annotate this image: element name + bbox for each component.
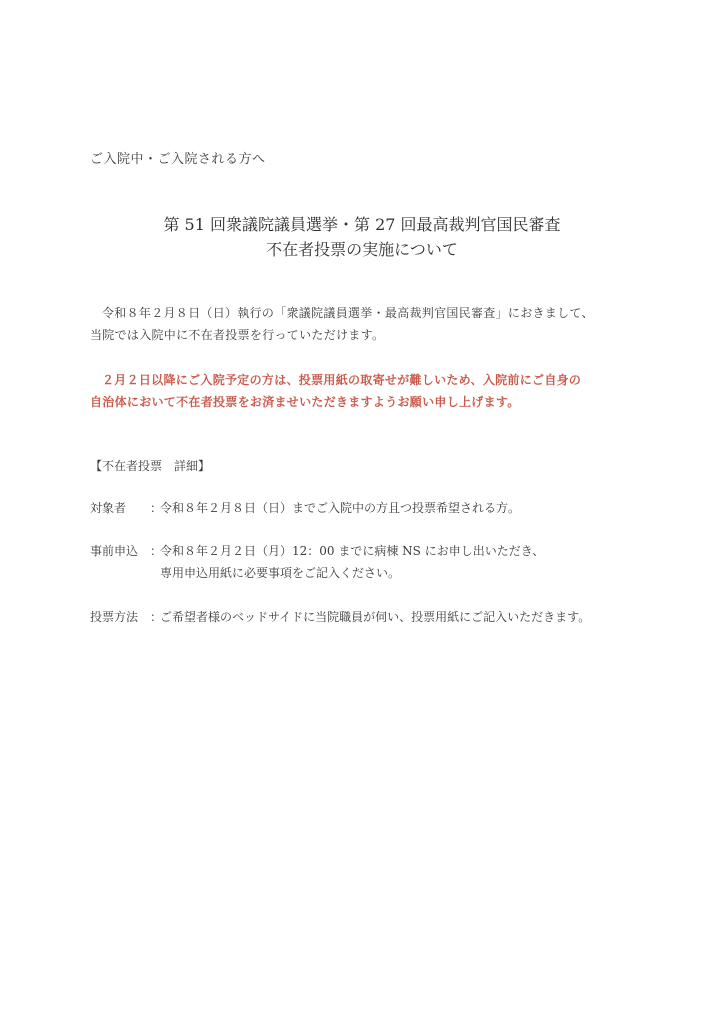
notice-line-1: ２月２日以降にご入院予定の方は、投票用紙の取寄せが難しいため、入院前にご自身の (90, 369, 650, 391)
intro-paragraph: 令和８年２月８日（日）執行の「衆議院議員選挙・最高裁判官国民審査」におきまして、… (90, 302, 650, 346)
notice-paragraph: ２月２日以降にご入院予定の方は、投票用紙の取寄せが難しいため、入院前にご自身の … (90, 369, 650, 413)
title-line-1: 第 51 回衆議院議員選挙・第 27 回最高裁判官国民審査 (0, 212, 724, 237)
detail-value: 令和８年２月８日（日）までご入院中の方且つ投票希望される方。 (160, 497, 640, 519)
colon: ： (150, 497, 160, 519)
notice-line-2: 自治体において不在者投票をお済ませいただきますようお願い申し上げます。 (90, 391, 650, 413)
detail-row-method: 投票方法 ： ご希望者様のベッドサイドに当院職員が伺い、投票用紙にご記入いただき… (90, 606, 640, 628)
details-heading: 【不在者投票 詳細】 (90, 457, 210, 474)
detail-value-line-2: 専用申込用紙に必要事項をご記入ください。 (160, 562, 640, 584)
detail-row-target: 対象者 ： 令和８年２月８日（日）までご入院中の方且つ投票希望される方。 (90, 497, 640, 519)
intro-line-1: 令和８年２月８日（日）執行の「衆議院議員選挙・最高裁判官国民審査」におきまして、 (90, 302, 650, 324)
addressee: ご入院中・ご入院される方へ (90, 148, 266, 167)
document-title: 第 51 回衆議院議員選挙・第 27 回最高裁判官国民審査 不在者投票の実施につ… (0, 212, 724, 262)
detail-row-application: 事前申込 ： 令和８年２月２日（月）12：00 までに病棟 NS にお申し出いた… (90, 540, 640, 584)
detail-label: 事前申込 (90, 540, 150, 584)
intro-line-2: 当院では入院中に不在者投票を行っていただけます。 (90, 324, 650, 346)
detail-value: 令和８年２月２日（月）12：00 までに病棟 NS にお申し出いただき、 専用申… (160, 540, 640, 584)
detail-value: ご希望者様のベッドサイドに当院職員が伺い、投票用紙にご記入いただきます。 (160, 606, 640, 628)
colon: ： (150, 540, 160, 584)
detail-value-line-1: 令和８年２月２日（月）12：00 までに病棟 NS にお申し出いただき、 (160, 540, 640, 562)
title-line-2: 不在者投票の実施について (0, 237, 724, 262)
colon: ： (150, 606, 160, 628)
document-page: ご入院中・ご入院される方へ 第 51 回衆議院議員選挙・第 27 回最高裁判官国… (0, 0, 724, 1024)
detail-label: 対象者 (90, 497, 150, 519)
detail-label: 投票方法 (90, 606, 150, 628)
